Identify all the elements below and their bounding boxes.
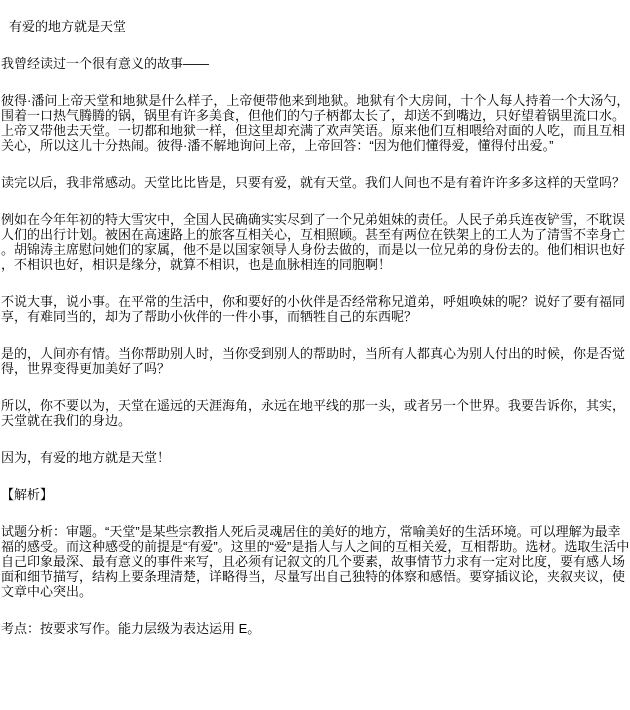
analysis-section: 【解析】 试题分析：审题。“天堂”是某些宗教指人死后灵魂居住的美好的地方，常喻美…	[1, 487, 630, 636]
exam-point: 考点：按要求写作。能力层级为表达运用 E。	[1, 621, 630, 636]
document-page: { "page": { "background": "#ffffff", "te…	[0, 0, 630, 710]
essay-title: 有爱的地方就是天堂	[1, 19, 630, 34]
essay-conclusion-paragraph: 所以，你不要以为，天堂在遥远的天涯海角，永远在地平线的那一头，或者另一个世界。我…	[1, 398, 630, 428]
analysis-header: 【解析】	[1, 487, 630, 502]
essay-example-paragraph: 例如在今年年初的特大雪灾中，全国人民确确实实尽到了一个兄弟姐妹的责任。人民子弟兵…	[1, 212, 630, 272]
essay-intro-paragraph: 我曾经读过一个很有意义的故事——	[1, 56, 630, 71]
essay-document: 有爱的地方就是天堂 我曾经读过一个很有意义的故事—— 彼得·潘问上帝天堂和地狱是…	[0, 0, 630, 636]
essay-closing-line: 因为，有爱的地方就是天堂！	[1, 450, 630, 465]
essay-affection-paragraph: 是的，人间亦有情。当你帮助别人时，当你受到别人的帮助时，当所有人都真心为别人付出…	[1, 346, 630, 376]
essay-reflection-paragraph: 读完以后，我非常感动。天堂比比皆是，只要有爱，就有天堂。我们人间也不是有着许许多…	[1, 175, 630, 190]
essay-small-matters-paragraph: 不说大事，说小事。在平常的生活中，你和要好的小伙伴是否经常称兄道弟，呼姐唤妹的呢…	[1, 294, 630, 324]
analysis-body: 试题分析：审题。“天堂”是某些宗教指人死后灵魂居住的美好的地方，常喻美好的生活环…	[1, 524, 630, 599]
essay-story-paragraph: 彼得·潘问上帝天堂和地狱是什么样子，上帝便带他来到地狱。地狱有个大房间，十个人每…	[1, 93, 630, 153]
